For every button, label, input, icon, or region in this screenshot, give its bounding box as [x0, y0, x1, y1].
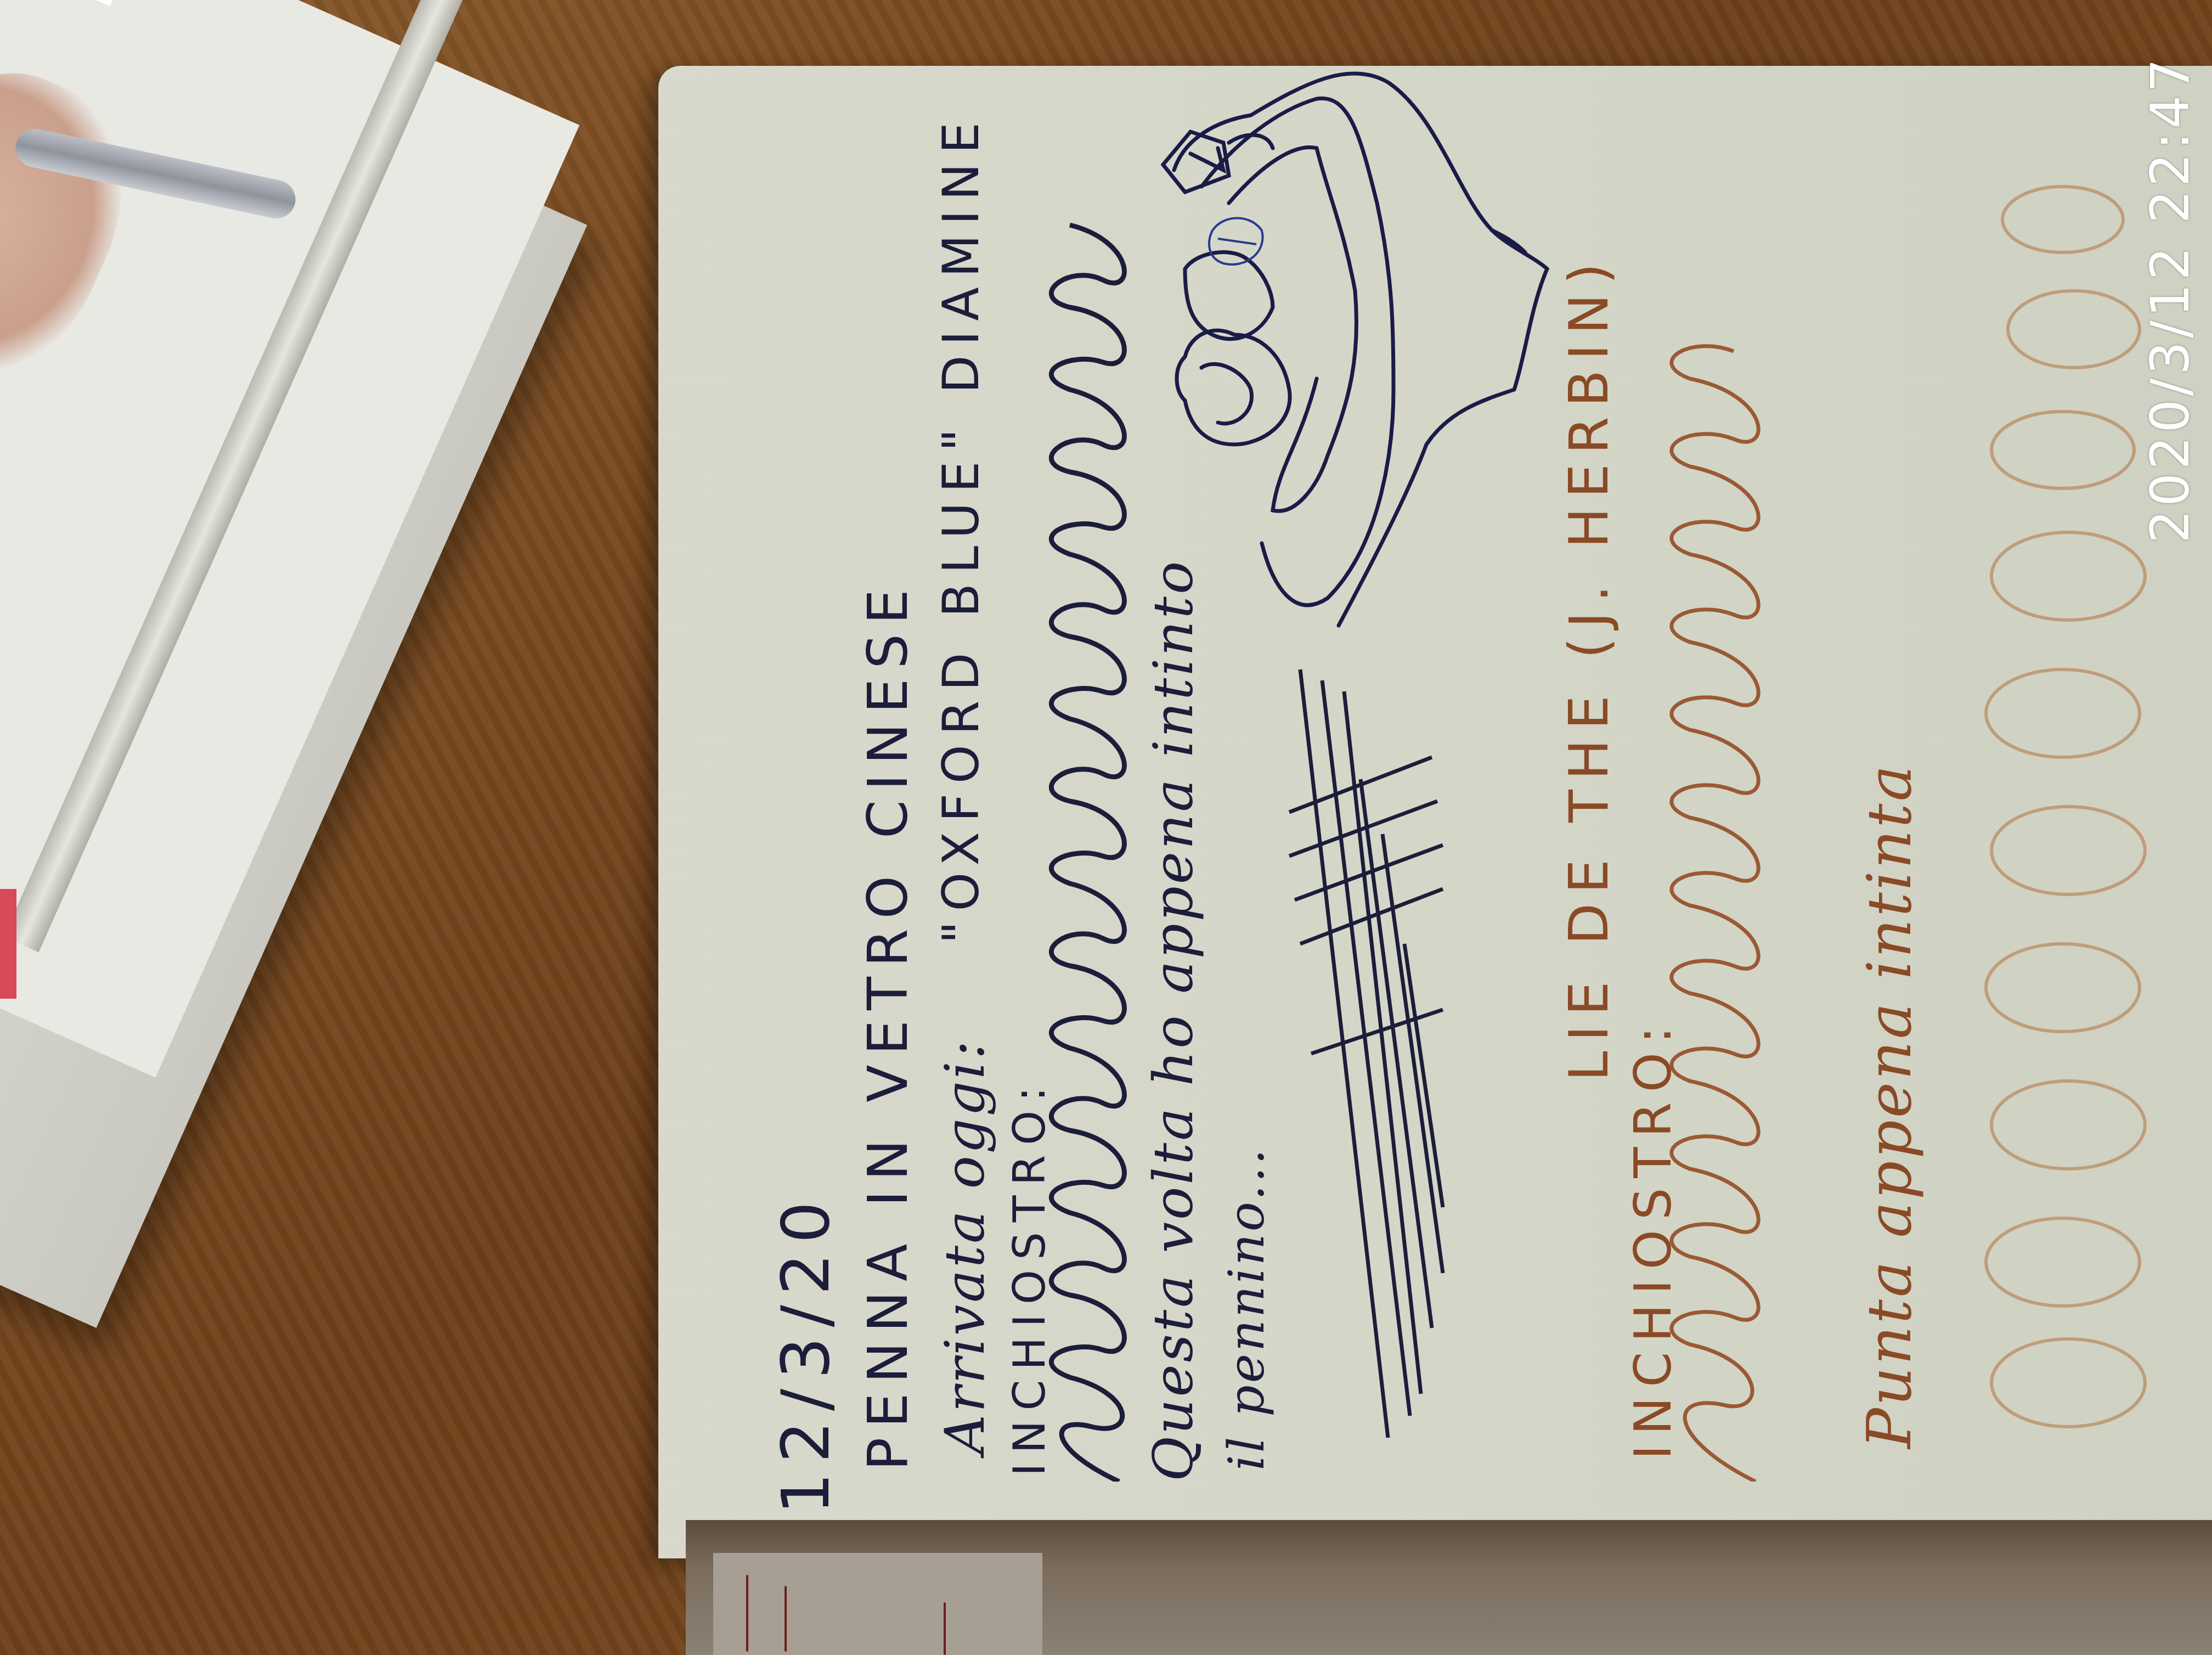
qr-code-icon: [35, 0, 143, 6]
brown-loop-practice-line: [1646, 165, 1788, 1482]
blue-ink-name: "OXFORD BLUE" DIAMINE: [933, 112, 990, 944]
photo-timestamp: 2020/3/12 22:47: [2140, 55, 2201, 543]
blue-loop-practice-line: [1037, 110, 1147, 1482]
red-ink-stroke: [746, 1575, 748, 1652]
red-margin-line: [944, 1602, 946, 1655]
entry-date: 12/3/20: [768, 1191, 844, 1515]
ink-sketch-drawing: [1152, 49, 1569, 653]
hand-illustration: [0, 38, 162, 412]
previous-page-strip: [713, 1553, 1042, 1655]
red-bookmark-tab: [0, 889, 16, 999]
brown-ink-name: LIE DE THE (J. HERBIN): [1558, 253, 1621, 1081]
blue-line-pen-title: PENNA IN VETRO CINESE: [856, 579, 920, 1471]
blue-hatching-scribble: [1278, 615, 1454, 1438]
brown-line-dipped-tip: Punta appena intinta: [1854, 763, 1925, 1449]
blue-line-nib: il pennino...: [1218, 1147, 1276, 1471]
blue-line-dipped-nib: Questa volta ho appena intinto: [1141, 559, 1205, 1482]
blue-line-arrived-today: Arrivata oggi:: [933, 1039, 997, 1454]
red-ink-stroke: [785, 1586, 787, 1652]
